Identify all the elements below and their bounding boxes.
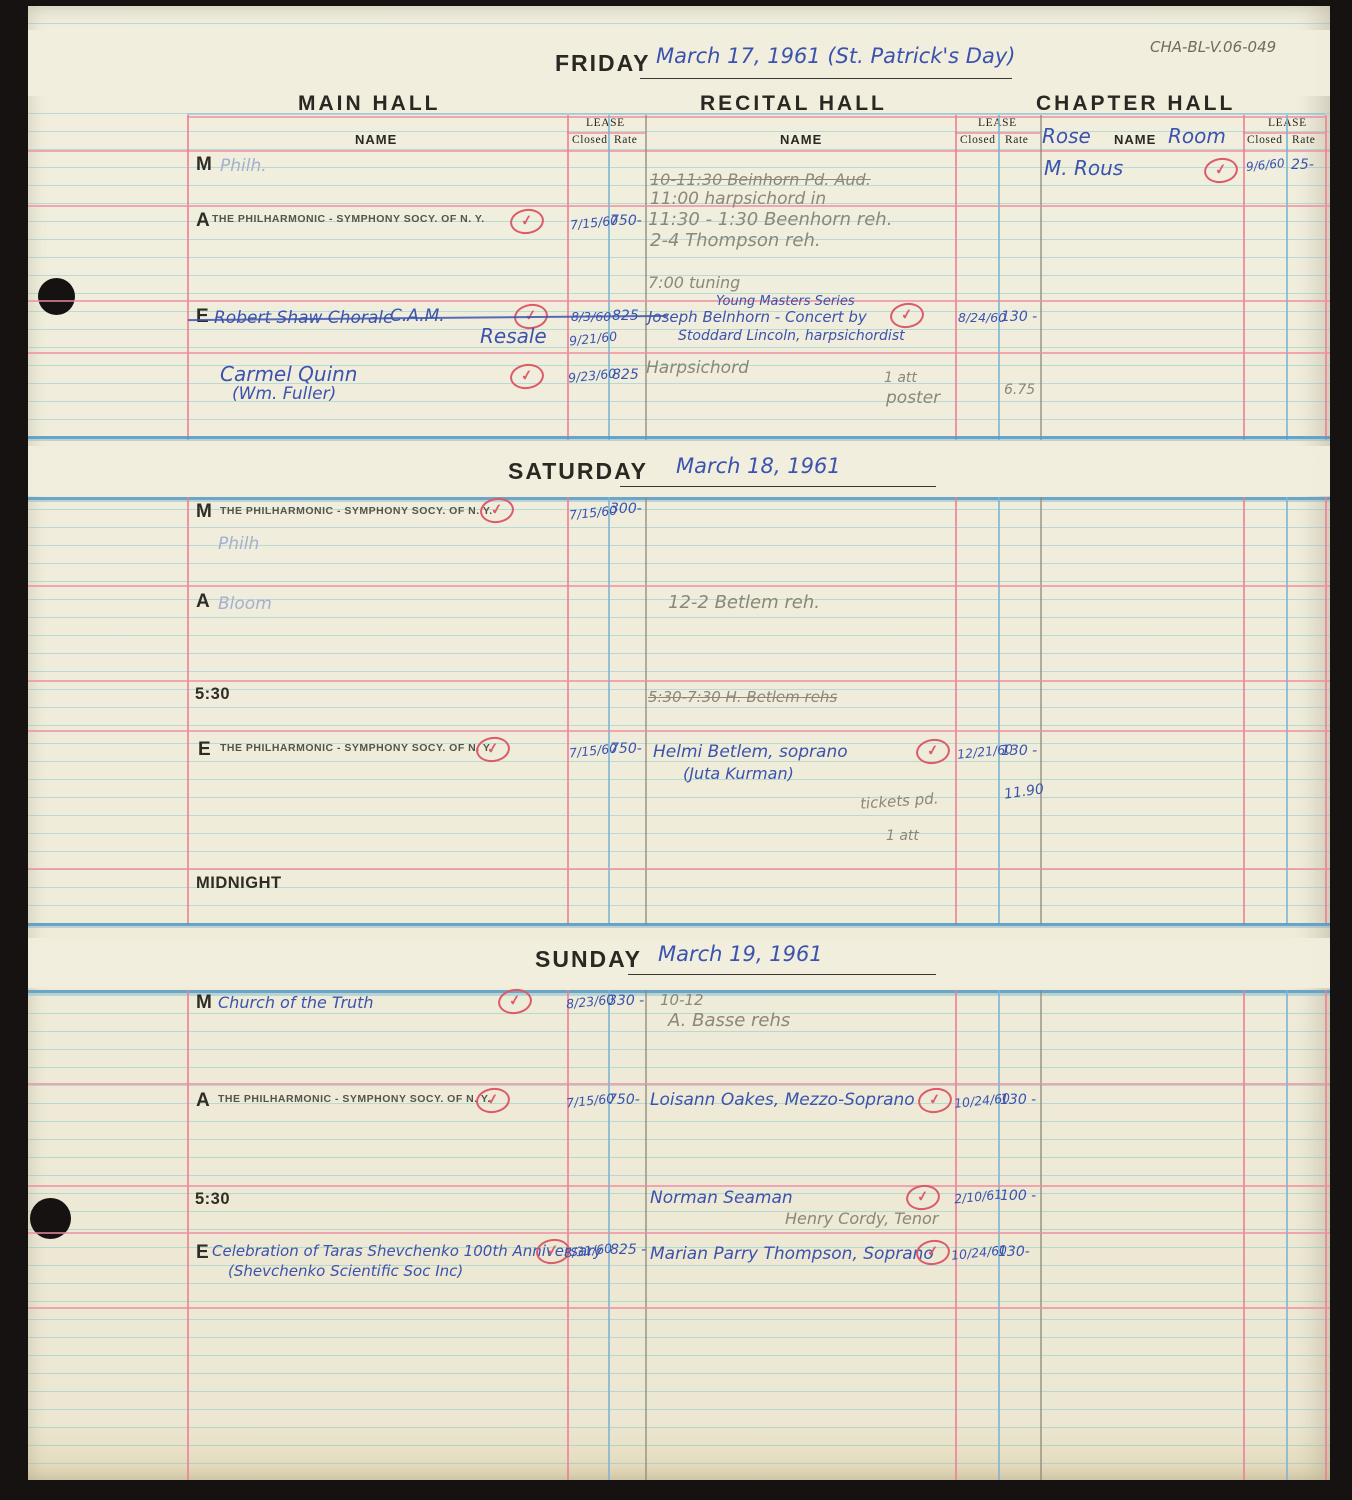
row-label-530: 5:30 [195, 685, 230, 704]
entry-name-sub: (Shevchenko Scientific Soc Inc) [228, 1262, 463, 1280]
grid-line [28, 300, 1330, 302]
lease-rate: 750- [608, 1092, 640, 1108]
grid-line [28, 352, 1330, 354]
grid-line [1325, 990, 1327, 1480]
lease-rate: 130 - [1001, 743, 1037, 759]
grid-line [28, 680, 1330, 682]
grid-line [28, 585, 1330, 587]
schedule-note: 12-2 Betlem reh. [668, 592, 820, 613]
section-divider [28, 923, 1330, 926]
grid-line [608, 497, 610, 925]
grid-line [1040, 990, 1042, 1480]
grid-line [567, 990, 569, 1480]
chapter-annotation-rose: Rose [1042, 124, 1091, 148]
entry-note: Harpsichord [646, 358, 749, 378]
grid-line [1040, 497, 1042, 925]
schedule-note: A. Basse rehs [668, 1010, 790, 1031]
schedule-note-struck: 10-11:30 Beinhorn Pd. Aud. [650, 170, 871, 189]
entry-name: Marian Parry Thompson, Soprano [650, 1244, 934, 1264]
entry-note: Bloom [218, 594, 272, 614]
section-divider [28, 436, 1330, 439]
grid-line [28, 1083, 1330, 1085]
column-header-lease: LEASE [586, 117, 625, 129]
ledger-page: CHA-BL-V.06-049 FRIDAY March 17, 1961 (S… [28, 6, 1330, 1480]
row-label-afternoon: A [196, 591, 210, 613]
entry-name-stamp: THE PHILHARMONIC - SYMPHONY SOCY. OF N. … [212, 213, 485, 225]
schedule-note: 2-4 Thompson reh. [650, 230, 821, 251]
grid-line [998, 990, 1000, 1480]
row-label-afternoon: A [196, 1090, 210, 1112]
grid-line [608, 990, 610, 1480]
grid-line [1243, 115, 1245, 440]
section-divider [28, 497, 1330, 500]
grid-line [187, 115, 189, 440]
lease-rate: 25- [1291, 157, 1314, 173]
column-header-name: NAME [355, 132, 397, 147]
entry-name-sub: (Juta Kurman) [683, 764, 794, 783]
column-header-rate: Rate [614, 134, 637, 146]
grid-line [645, 497, 647, 925]
grid-line [1243, 497, 1245, 925]
row-label-evening: E [196, 1242, 209, 1264]
entry-name: Joseph Belnhorn - Concert by [648, 308, 867, 326]
lease-rate: 750- [610, 213, 642, 229]
entry-note: 1 att [886, 828, 919, 844]
day-label-saturday: SATURDAY [508, 458, 648, 485]
grid-line [645, 115, 647, 440]
grid-line [1286, 115, 1288, 440]
entry-name-stamp: THE PHILHARMONIC - SYMPHONY SOCY. OF N. … [220, 505, 493, 517]
entry-name-sub: (Wm. Fuller) [232, 384, 336, 404]
column-header-name: NAME [780, 132, 822, 147]
grid-line [28, 868, 1330, 870]
entry-name-stamp: THE PHILHARMONIC - SYMPHONY SOCY. OF N. … [220, 742, 493, 754]
grid-line [187, 116, 1325, 118]
lease-rate: 130 - [1001, 309, 1037, 325]
lease-rate: 825 [612, 367, 639, 383]
lease-rate: 300- [610, 501, 642, 517]
entry-name: Helmi Betlem, soprano [653, 742, 848, 762]
lease-rate: 130 - [1000, 1092, 1036, 1108]
grid-line [187, 497, 189, 925]
entry-name-sub: Stoddard Lincoln, harpsichordist [678, 328, 905, 344]
row-label-evening: E [198, 739, 211, 761]
entry-name: Loisann Oakes, Mezzo-Soprano [650, 1090, 915, 1110]
grid-line [1286, 990, 1288, 1480]
lease-rate: 330 - [608, 993, 644, 1009]
entry-note: Philh [218, 534, 259, 554]
entry-name: Carmel Quinn [220, 362, 357, 386]
column-header-closed: Closed [1247, 134, 1283, 146]
lease-rate: 750- [610, 741, 642, 757]
schedule-note: 11:30 - 1:30 Beenhorn reh. [648, 209, 892, 230]
date-underline [628, 974, 936, 975]
grid-line [28, 1232, 1330, 1234]
row-label-midnight: MIDNIGHT [196, 874, 282, 893]
lease-rate: 130- [998, 1244, 1030, 1260]
chapter-annotation-room: Room [1168, 124, 1226, 148]
day-date-friday: March 17, 1961 (St. Patrick's Day) [656, 44, 1015, 68]
row-label-morning: M [196, 501, 212, 523]
grid-line [567, 115, 569, 440]
grid-line [28, 150, 1330, 152]
row-label-morning: M [196, 992, 212, 1014]
column-header-name: NAME [1114, 132, 1156, 147]
grid-line [1243, 990, 1245, 1480]
grid-line [955, 115, 957, 440]
schedule-note: 10-12 [660, 991, 704, 1009]
grid-line [645, 990, 647, 1480]
grid-line [998, 115, 1000, 440]
column-header-rate: Rate [1005, 134, 1028, 146]
day-label-friday: FRIDAY [555, 50, 651, 77]
grid-line [998, 497, 1000, 925]
entry-series: Young Masters Series [716, 294, 855, 309]
day-label-sunday: SUNDAY [535, 946, 642, 973]
entry-name-stamp: THE PHILHARMONIC - SYMPHONY SOCY. OF N. … [218, 1093, 491, 1105]
entry-resale: Resale [480, 324, 547, 348]
grid-line [1040, 115, 1042, 440]
column-header-closed: Closed [960, 134, 996, 146]
hole-punch [38, 278, 75, 315]
column-header-rate: Rate [1292, 134, 1315, 146]
row-label-evening: E [196, 306, 209, 328]
grid-line [28, 730, 1330, 732]
grid-line [955, 990, 957, 1480]
date-underline [640, 78, 1012, 79]
entry-note: poster [886, 388, 940, 408]
ledger-scan: CHA-BL-V.06-049 FRIDAY March 17, 1961 (S… [0, 0, 1352, 1500]
schedule-note: 11:00 harpsichord in [650, 189, 826, 209]
day-date-sunday: March 19, 1961 [658, 942, 823, 966]
entry-name: M. Rous [1044, 156, 1123, 180]
entry-note-rate: 6.75 [1004, 382, 1035, 398]
entry-note: Philh. [220, 156, 267, 176]
day-date-saturday: March 18, 1961 [676, 454, 841, 478]
grid-line [1325, 115, 1327, 440]
entry-name: Norman Seaman [650, 1188, 793, 1208]
grid-line [28, 1307, 1330, 1309]
grid-line [1286, 497, 1288, 925]
lease-closed-date: 8/24/60 [958, 310, 1006, 325]
entry-note: 1 att [884, 370, 917, 386]
grid-line [187, 113, 1325, 115]
row-label-afternoon: A [196, 210, 210, 232]
schedule-note-struck: 5:30-7:30 H. Betlem rehs [648, 688, 837, 706]
schedule-note: 7:00 tuning [648, 273, 740, 292]
entry-name: Church of the Truth [218, 993, 374, 1012]
grid-line [608, 115, 610, 440]
grid-line [955, 497, 957, 925]
grid-line [187, 990, 189, 1480]
entry-note: Henry Cordy, Tenor [785, 1209, 938, 1228]
grid-line [567, 497, 569, 925]
archive-code: CHA-BL-V.06-049 [1150, 38, 1276, 56]
date-underline [620, 486, 936, 487]
grid-line [28, 1185, 1330, 1187]
lease-rate: 100 - [1000, 1188, 1036, 1204]
row-label-530: 5:30 [195, 1190, 230, 1209]
grid-line [1325, 497, 1327, 925]
column-header-closed: Closed [572, 134, 608, 146]
row-label-morning: M [196, 154, 212, 176]
lease-rate: 825 - [610, 1242, 646, 1258]
